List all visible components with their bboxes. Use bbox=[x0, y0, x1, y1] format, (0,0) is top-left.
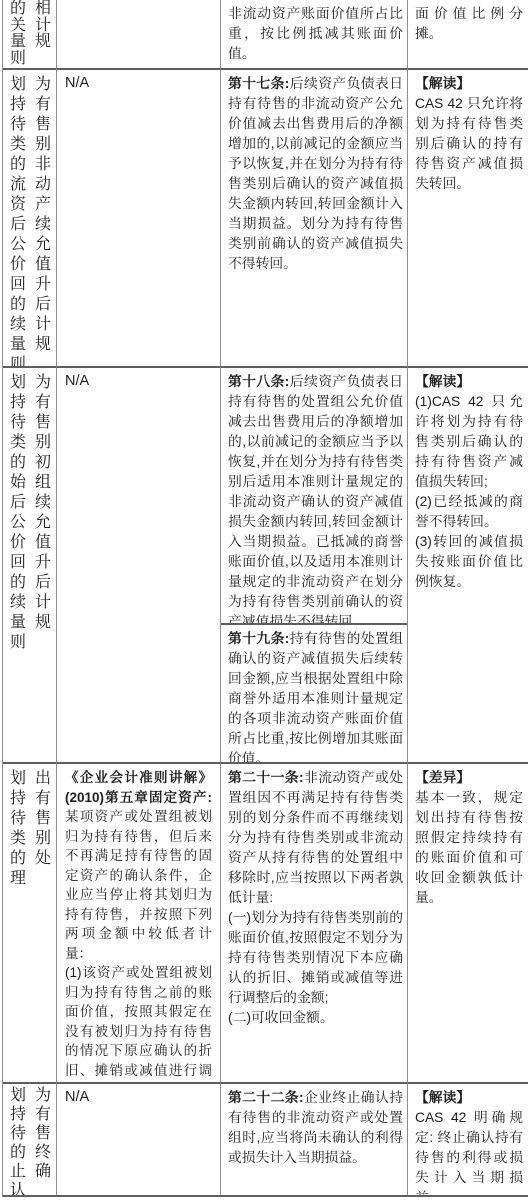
article-number: 第十九条: bbox=[228, 631, 289, 646]
r4-topic-cell: 划出持有待售类别的处理 bbox=[3, 762, 57, 1082]
article-number: 第二十一条: bbox=[228, 770, 304, 785]
article-paragraph: 第十七条:后续资产负债表日持有待售的非流动资产公允价值减去出售费用后的净额增加的… bbox=[228, 74, 403, 274]
article-paragraph: 第十九条:持有待售的处置组确认的资产减值损失后续转回金额,应当根据处置组中除商誉… bbox=[228, 629, 403, 762]
r3-article-cell: 第十八条:后续资产负债表日持有待售的处置组公允价值减去出售费用后的净额增加的,以… bbox=[221, 366, 408, 762]
topic-text: 的相关计量规则 bbox=[10, 0, 51, 67]
r5-topic-cell: 划为持有待售的终止确认 bbox=[3, 1082, 57, 1195]
article-number: 第二十二条: bbox=[228, 1090, 304, 1105]
r5-reference-cell: N/A bbox=[57, 1082, 221, 1195]
difference-text: 基本一致，规定划出持有待售按照假定持续持有的账面价值和可收回金额孰低计量。 bbox=[415, 788, 523, 908]
article-paragraph: 第二十一条:非流动资产或处置组因不再满足持有待售类别的划分条件而不再继续划分为持… bbox=[228, 768, 403, 908]
reference-item: (1)该资产或处置组被划归为持有待售之前的账面价值，按照其假定在没有被划归为持有… bbox=[65, 963, 212, 1082]
r4-difference-cell: 【差异】 基本一致，规定划出持有待售按照假定持续持有的账面价值和可收回金额孰低计… bbox=[408, 762, 528, 1082]
article-text: 后续资产负债表日持有待售的处置组公允价值减去出售费用后的净额增加的,以前减记的金… bbox=[228, 374, 403, 623]
interpretation-text: CAS 42 只允许将划为持有待售类别后确认的持有待售资产减值损失转回。 bbox=[415, 94, 523, 194]
article-number: 第十八条: bbox=[228, 374, 289, 389]
article-number: 第十七条: bbox=[228, 76, 289, 91]
interpretation-header: 【解读】 bbox=[415, 74, 523, 94]
r5-article-cell: 第二十二条:企业终止确认持有待售的非流动资产或处置组时,应当将尚未确认的利得或损… bbox=[221, 1082, 408, 1195]
topic-text: 划为持有待售类别的非流动资产后续公允价值回升的后续计量规则 bbox=[10, 76, 51, 366]
article-text: 后续资产负债表日持有待售的非流动资产公允价值减去出售费用后的净额增加的,以前减记… bbox=[228, 76, 403, 271]
r1-article-cell: 非流动资产账面价值所占比重，按比例抵减其账面价值。 bbox=[221, 0, 408, 68]
r1-topic-cell: 的相关计量规则 bbox=[3, 0, 57, 68]
r2-reference-cell: N/A bbox=[57, 68, 221, 366]
interpretation-item: (3)转回的减值损失按账面价值比例恢复。 bbox=[415, 532, 523, 592]
r1-interpretation-cell: 面价值比例分摊。 bbox=[408, 0, 528, 68]
r2-interpretation-cell: 【解读】 CAS 42 只允许将划为持有待售类别后确认的持有待售资产减值损失转回… bbox=[408, 68, 528, 366]
r1-reference-cell bbox=[57, 0, 221, 68]
interpretation-header: 【解读】 bbox=[415, 1088, 523, 1108]
article-paragraph: 第二十二条:企业终止确认持有待售的非流动资产或处置组时,应当将尚未确认的利得或损… bbox=[228, 1088, 403, 1168]
r2-topic-cell: 划为持有待售类别的非流动资产后续公允价值回升的后续计量规则 bbox=[3, 68, 57, 366]
document-page: 的相关计量规则 非流动资产账面价值所占比重，按比例抵减其账面价值。 面价值比例分… bbox=[0, 0, 528, 1200]
standards-comparison-table: 的相关计量规则 非流动资产账面价值所占比重，按比例抵减其账面价值。 面价值比例分… bbox=[2, 0, 528, 1197]
article-text: 非流动资产账面价值所占比重，按比例抵减其账面价值。 bbox=[228, 4, 403, 64]
reference-paragraph: 《企业会计准则讲解》(2010)第五章固定资产: 某项资产或处置组被划归为持有待… bbox=[65, 768, 212, 963]
na-text: N/A bbox=[65, 75, 89, 91]
interpretation-header: 【解读】 bbox=[415, 372, 523, 392]
article-18-subcell: 第十八条:后续资产负债表日持有待售的处置组公允价值减去出售费用后的净额增加的,以… bbox=[221, 368, 407, 623]
article-item: (二)可收回金额。 bbox=[228, 1008, 403, 1028]
article-text: 持有待售的处置组确认的资产减值损失后续转回金额,应当根据处置组中除商誉外适用本准… bbox=[228, 631, 403, 762]
r4-reference-cell: 《企业会计准则讲解》(2010)第五章固定资产: 某项资产或处置组被划归为持有待… bbox=[57, 762, 221, 1082]
interpretation-item: (2)已经抵减的商誉不得转回。 bbox=[415, 492, 523, 532]
topic-text: 划出持有待售类别的处理 bbox=[10, 770, 51, 887]
r3-interpretation-cell: 【解读】 (1)CAS 42 只允许将划为持有待售类别后确认的持有待售资产减值损… bbox=[408, 366, 528, 762]
r5-interpretation-cell: 【解读】 CAS 42 明确规定: 终止确认持有待售的利得或损失计入当期损益。 bbox=[408, 1082, 528, 1195]
reference-source: 《企业会计准则讲解》(2010)第五章固定资产: bbox=[65, 770, 212, 805]
article-19-subcell: 第十九条:持有待售的处置组确认的资产减值损失后续转回金额,应当根据处置组中除商誉… bbox=[221, 623, 407, 762]
interpretation-text: CAS 42 明确规定: 终止确认持有待售的利得或损失计入当期损益。 bbox=[415, 1108, 523, 1195]
difference-header: 【差异】 bbox=[415, 768, 523, 788]
article-item: (一)划分为持有待售类别前的账面价值,按照假定不划分为持有待售类别情况下本应确认… bbox=[228, 908, 403, 1008]
topic-text: 划为持有待售的终止确认 bbox=[10, 1087, 51, 1195]
article-paragraph: 第十八条:后续资产负债表日持有待售的处置组公允价值减去出售费用后的净额增加的,以… bbox=[228, 372, 403, 623]
r3-topic-cell: 划为持有待售类别的初始组后续公允价值回升的后续计量规则 bbox=[3, 366, 57, 762]
article-text: 非流动资产或处置组因不再满足持有待售类别的划分条件而不再继续划分为持有待售类别或… bbox=[228, 770, 403, 905]
na-text: N/A bbox=[65, 373, 89, 389]
r4-article-cell: 第二十一条:非流动资产或处置组因不再满足持有待售类别的划分条件而不再继续划分为持… bbox=[221, 762, 408, 1082]
na-text: N/A bbox=[65, 1089, 89, 1105]
reference-text: 某项资产或处置组被划归为持有待售，但后来不再满足持有待售的固定资产的确认条件，企… bbox=[65, 809, 212, 961]
r3-reference-cell: N/A bbox=[57, 366, 221, 762]
interpretation-text: 面价值比例分摊。 bbox=[415, 4, 523, 44]
interpretation-item: (1)CAS 42 只允许将划为持有待售类别后确认的持有待售资产减值损失转回; bbox=[415, 392, 523, 492]
topic-text: 划为持有待售类别的初始组后续公允价值回升的后续计量规则 bbox=[10, 374, 51, 651]
r2-article-cell: 第十七条:后续资产负债表日持有待售的非流动资产公允价值减去出售费用后的净额增加的… bbox=[221, 68, 408, 366]
